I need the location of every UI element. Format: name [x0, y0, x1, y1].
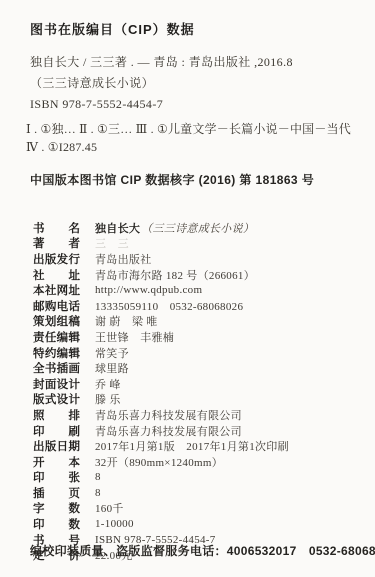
- row-label: 邮购电话: [33, 298, 80, 314]
- row-label: 责任编辑: [33, 329, 80, 345]
- row-value: 8: [95, 487, 101, 499]
- row-value: 160千: [95, 500, 124, 516]
- cip-series-line: （三三诗意成长小说）: [30, 73, 361, 94]
- table-row: 策划组稿谢 蔚 梁 唯: [33, 314, 361, 330]
- table-row: 本社网址http://www.qdpub.com: [33, 282, 361, 298]
- row-label: 字数: [33, 500, 80, 516]
- row-value: 乔 峰: [95, 376, 121, 392]
- book-series: （三三诗意成长小说）: [141, 223, 254, 235]
- row-value: 谢 蔚 梁 唯: [95, 313, 158, 329]
- row-label: 特约编辑: [33, 345, 80, 361]
- row-value: 13335059110 0532-68068026: [95, 298, 243, 314]
- row-label: 印刷: [33, 423, 80, 439]
- table-row: 责任编辑王世锋 丰雅楠: [33, 329, 361, 345]
- cip-record-number: 中国版本图书馆 CIP 数据核字 (2016) 第 181863 号: [30, 173, 361, 187]
- row-value: 青岛乐喜力科技发展有限公司: [95, 407, 242, 423]
- cip-isbn-line: ISBN 978-7-5552-4454-7: [30, 94, 361, 115]
- row-label: 全书插画: [33, 360, 80, 376]
- table-row: 社址青岛市海尔路 182 号（266061）: [33, 267, 361, 283]
- table-row: 开本32开（890mm×1240mm）: [33, 454, 361, 470]
- row-label: 印数: [33, 516, 80, 532]
- row-value: 青岛乐喜力科技发展有限公司: [95, 423, 242, 439]
- table-row: 印数1-10000: [33, 516, 361, 532]
- row-label: 开本: [33, 454, 80, 470]
- scanned-copyright-page: { "cip": { "heading": "图书在版编目（CIP）数据", "…: [0, 0, 375, 577]
- row-label: 出版发行: [33, 251, 80, 267]
- row-label: 书名: [33, 220, 80, 236]
- row-value: 独自长大（三三诗意成长小说）: [95, 220, 254, 236]
- row-label: 插页: [33, 485, 80, 501]
- table-row: 邮购电话13335059110 0532-68068026: [33, 298, 361, 314]
- service-phone-line: 编校印装质量、盗版监督服务电话：4006532017 0532-68068638: [30, 542, 375, 559]
- row-value: 常笑予: [95, 345, 129, 361]
- table-row: 出版日期2017年1月第1版 2017年1月第1次印刷: [33, 438, 361, 454]
- cip-classification-line-2: Ⅳ . ①I287.45: [26, 139, 361, 157]
- row-label: 社址: [33, 267, 80, 283]
- row-label: 出版日期: [33, 438, 80, 454]
- table-row: 著者三 三: [33, 236, 361, 252]
- table-row: 出版发行青岛出版社: [33, 251, 361, 267]
- table-row: 特约编辑常笑予: [33, 345, 361, 361]
- row-value: 8: [95, 471, 101, 483]
- row-label: 策划组稿: [33, 313, 80, 329]
- cip-classification-line-1: Ⅰ . ①独… Ⅱ . ①三… Ⅲ . ①儿童文学－长篇小说－中国－当代: [26, 121, 361, 139]
- cip-description-line: 独自长大 / 三三著 . — 青岛 : 青岛出版社 ,2016.8: [30, 52, 361, 73]
- row-value: 球里路: [95, 360, 129, 376]
- table-row: 全书插画球里路: [33, 360, 361, 376]
- row-label: 印张: [33, 469, 80, 485]
- table-row: 插页8: [33, 485, 361, 501]
- cip-description-block: 独自长大 / 三三著 . — 青岛 : 青岛出版社 ,2016.8 （三三诗意成…: [30, 52, 361, 115]
- cip-classification-block: Ⅰ . ①独… Ⅱ . ①三… Ⅲ . ①儿童文学－长篇小说－中国－当代 Ⅳ .…: [26, 121, 361, 156]
- row-value: 青岛市海尔路 182 号（266061）: [95, 267, 255, 283]
- table-row: 版式设计滕 乐: [33, 392, 361, 408]
- row-value: 2017年1月第1版 2017年1月第1次印刷: [95, 438, 289, 454]
- table-row: 书名独自长大（三三诗意成长小说）: [33, 220, 361, 236]
- row-label: 封面设计: [33, 376, 80, 392]
- row-value: 32开（890mm×1240mm）: [95, 454, 223, 470]
- row-label: 版式设计: [33, 391, 80, 407]
- row-label: 本社网址: [33, 282, 80, 298]
- table-row: 印张8: [33, 470, 361, 486]
- row-value: 1-10000: [95, 518, 134, 530]
- table-row: 字数160千: [33, 501, 361, 517]
- row-value: 滕 乐: [95, 391, 121, 407]
- row-value: 青岛出版社: [95, 251, 152, 267]
- row-value: 三 三: [95, 235, 129, 251]
- table-row: 印刷青岛乐喜力科技发展有限公司: [33, 423, 361, 439]
- row-value: 王世锋 丰雅楠: [95, 329, 174, 345]
- row-label: 著者: [33, 235, 80, 251]
- publication-info-table: 书名独自长大（三三诗意成长小说）著者三 三出版发行青岛出版社社址青岛市海尔路 1…: [33, 220, 361, 563]
- row-label: 照排: [33, 407, 80, 423]
- table-row: 照排青岛乐喜力科技发展有限公司: [33, 407, 361, 423]
- cip-heading: 图书在版编目（CIP）数据: [30, 22, 361, 37]
- table-row: 封面设计乔 峰: [33, 376, 361, 392]
- cip-page: 图书在版编目（CIP）数据 独自长大 / 三三著 . — 青岛 : 青岛出版社 …: [0, 0, 375, 577]
- row-value: http://www.qdpub.com: [95, 284, 202, 296]
- book-title: 独自长大: [95, 223, 140, 235]
